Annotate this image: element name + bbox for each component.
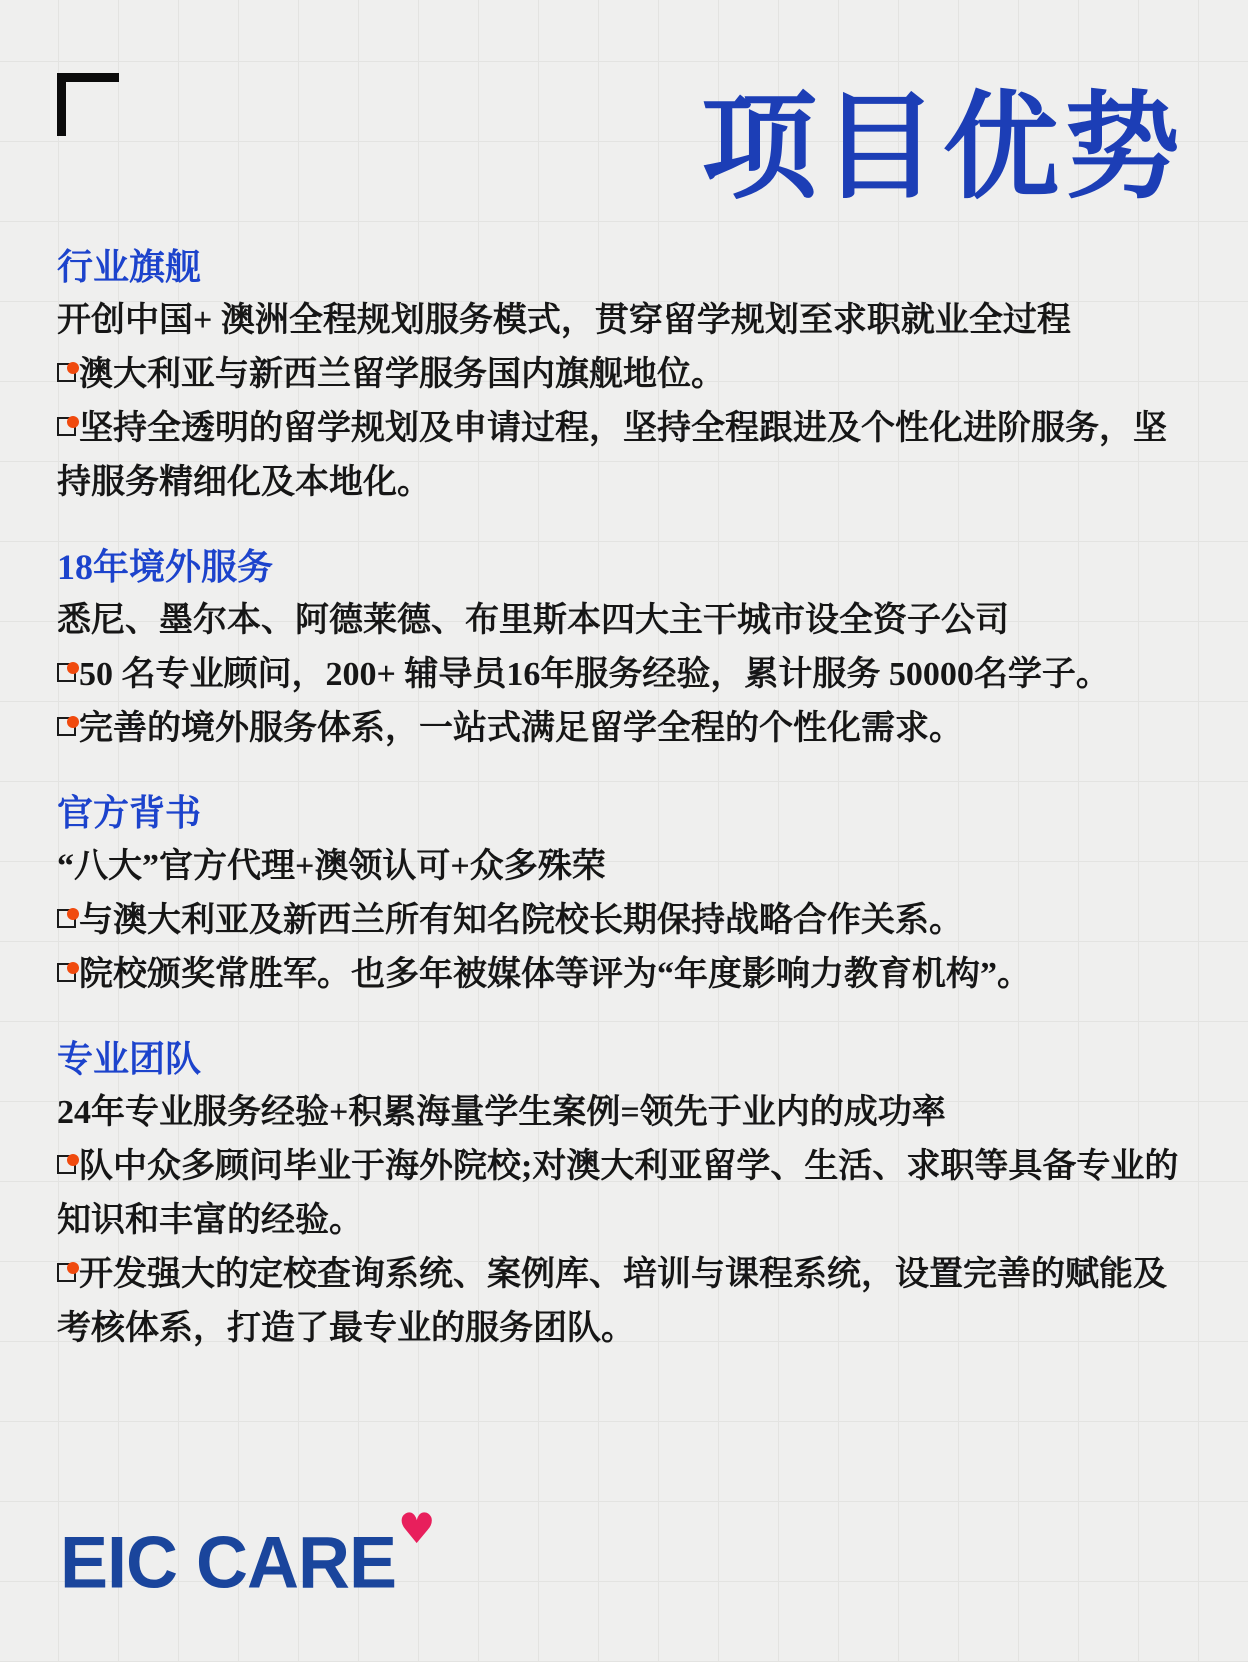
bullet-text: 澳大利亚与新西兰留学服务国内旗舰地位。 <box>79 356 725 393</box>
section-heading: 行业旗舰 <box>57 240 1193 294</box>
bullet-marker-icon <box>57 1155 76 1174</box>
section-overseas-service: 18年境外服务 悉尼、墨尔本、阿德莱德、布里斯本四大主干城市设全资子公司 50 … <box>57 540 1193 756</box>
corner-bracket <box>57 73 119 136</box>
bullet-marker-icon <box>57 417 76 436</box>
bullet-text: 院校颁奖常胜军。也多年被媒体等评为“年度影响力教育机构”。 <box>79 956 1031 993</box>
section-professional-team: 专业团队 24年专业服务经验+积累海量学生案例=领先于业内的成功率 队中众多顾问… <box>57 1032 1193 1356</box>
bullet-text: 完善的境外服务体系，一站式满足留学全程的个性化需求。 <box>79 710 963 747</box>
bullet-text: 队中众多顾问毕业于海外院校;对澳大利亚留学、生活、求职等具备专业的知识和丰富的经… <box>57 1148 1178 1239</box>
logo: EIC CARE♥ <box>60 1508 436 1599</box>
bullet-dot-icon <box>67 908 79 920</box>
bullet-text: 与澳大利亚及新西兰所有知名院校长期保持战略合作关系。 <box>79 902 963 939</box>
poster-page: { "page": { "title": "项目优势" }, "sections… <box>0 0 1248 1662</box>
section-intro: 悉尼、墨尔本、阿德莱德、布里斯本四大主干城市设全资子公司 <box>57 594 1193 648</box>
bullet-marker-icon <box>57 1263 76 1282</box>
section-industry-flagship: 行业旗舰 开创中国+ 澳洲全程规划服务模式，贯穿留学规划至求职就业全过程 澳大利… <box>57 240 1193 510</box>
bullet-text: 坚持全透明的留学规划及申请过程，坚持全程跟进及个性化进阶服务，坚持服务精细化及本… <box>57 410 1167 501</box>
bullet-item: 与澳大利亚及新西兰所有知名院校长期保持战略合作关系。 <box>57 894 1193 948</box>
bullet-item: 院校颁奖常胜军。也多年被媒体等评为“年度影响力教育机构”。 <box>57 948 1193 1002</box>
heart-icon: ♥ <box>398 1508 436 1550</box>
section-heading: 18年境外服务 <box>57 540 1193 594</box>
logo-text: EIC CARE <box>60 1526 396 1599</box>
bullet-dot-icon <box>67 662 79 674</box>
bullet-marker-icon <box>57 963 76 982</box>
bullet-item: 澳大利亚与新西兰留学服务国内旗舰地位。 <box>57 348 1193 402</box>
bullet-text: 开发强大的定校查询系统、案例库、培训与课程系统，设置完善的赋能及考核体系，打造了… <box>57 1256 1167 1347</box>
bullet-dot-icon <box>67 962 79 974</box>
bullet-item: 坚持全透明的留学规划及申请过程，坚持全程跟进及个性化进阶服务，坚持服务精细化及本… <box>57 402 1193 510</box>
section-official-endorsement: 官方背书 “八大”官方代理+澳领认可+众多殊荣 与澳大利亚及新西兰所有知名院校长… <box>57 786 1193 1002</box>
page-title: 项目优势 <box>701 84 1185 212</box>
section-intro: 开创中国+ 澳洲全程规划服务模式，贯穿留学规划至求职就业全过程 <box>57 294 1193 348</box>
bullet-item: 开发强大的定校查询系统、案例库、培训与课程系统，设置完善的赋能及考核体系，打造了… <box>57 1248 1193 1356</box>
bullet-marker-icon <box>57 663 76 682</box>
bullet-item: 50 名专业顾问，200+ 辅导员16年服务经验，累计服务 50000名学子。 <box>57 648 1193 702</box>
content: 行业旗舰 开创中国+ 澳洲全程规划服务模式，贯穿留学规划至求职就业全过程 澳大利… <box>57 240 1193 1356</box>
bullet-marker-icon <box>57 363 76 382</box>
bullet-item: 完善的境外服务体系，一站式满足留学全程的个性化需求。 <box>57 702 1193 756</box>
bullet-dot-icon <box>67 716 79 728</box>
bullet-dot-icon <box>67 1262 79 1274</box>
section-heading: 官方背书 <box>57 786 1193 840</box>
section-intro: 24年专业服务经验+积累海量学生案例=领先于业内的成功率 <box>57 1086 1193 1140</box>
bullet-dot-icon <box>67 416 79 428</box>
bullet-marker-icon <box>57 717 76 736</box>
bullet-text: 50 名专业顾问，200+ 辅导员16年服务经验，累计服务 50000名学子。 <box>79 656 1110 693</box>
bullet-dot-icon <box>67 1154 79 1166</box>
bullet-dot-icon <box>67 362 79 374</box>
bullet-item: 队中众多顾问毕业于海外院校;对澳大利亚留学、生活、求职等具备专业的知识和丰富的经… <box>57 1140 1193 1248</box>
section-intro: “八大”官方代理+澳领认可+众多殊荣 <box>57 840 1193 894</box>
bullet-marker-icon <box>57 909 76 928</box>
section-heading: 专业团队 <box>57 1032 1193 1086</box>
